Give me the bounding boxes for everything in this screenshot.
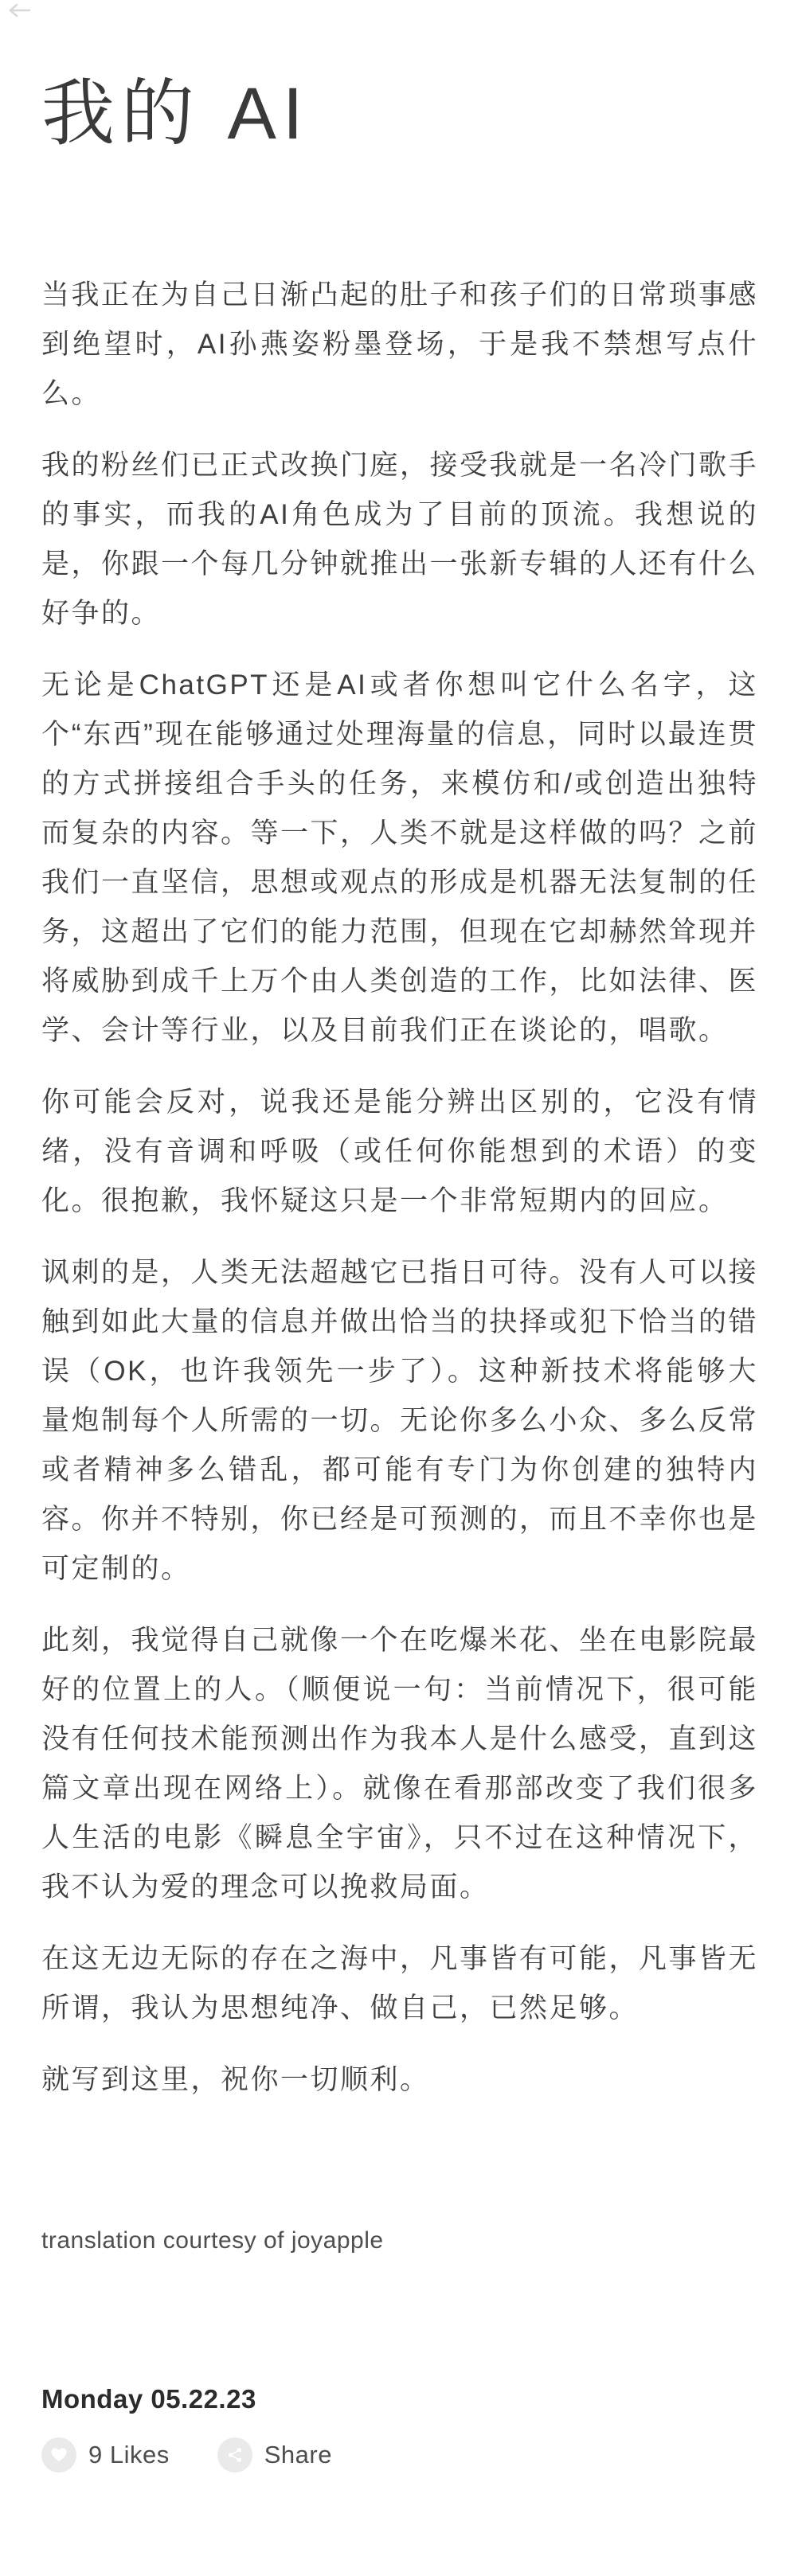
paragraph-8: 就写到这里，祝你一切顺利。 <box>41 2055 758 2105</box>
post-actions: 9 Likes Share <box>41 2437 758 2473</box>
share-button[interactable]: Share <box>217 2437 332 2473</box>
back-arrow-icon <box>8 3 32 21</box>
paragraph-5: 讽刺的是，人类无法超越它已指日可待。没有人可以接触到如此大量的信息并做出恰当的抉… <box>41 1248 758 1594</box>
translation-credit: translation courtesy of joyapple <box>41 2226 758 2256</box>
article-body: 当我正在为自己日渐凸起的肚子和孩子们的日常琐事感到绝望时，AI孙燕姿粉墨登场，于… <box>41 271 758 2105</box>
heart-icon <box>41 2437 76 2473</box>
paragraph-1: 当我正在为自己日渐凸起的肚子和孩子们的日常琐事感到绝望时，AI孙燕姿粉墨登场，于… <box>41 271 758 419</box>
paragraph-6: 此刻，我觉得自己就像一个在吃爆米花、坐在电影院最好的位置上的人。（顺便说一句：当… <box>41 1616 758 1912</box>
share-label: Share <box>264 2441 332 2469</box>
post-date: Monday 05.22.23 <box>41 2383 758 2415</box>
paragraph-3: 无论是ChatGPT还是AI或者你想叫它什么名字，这个“东西”现在能够通过处理海… <box>41 661 758 1056</box>
back-button[interactable] <box>6 3 33 21</box>
paragraph-2: 我的粉丝们已正式改换门庭，接受我就是一名冷门歌手的事实，而我的AI角色成为了目前… <box>41 441 758 638</box>
paragraph-4: 你可能会反对，说我还是能分辨出区别的，它没有情绪，没有音调和呼吸（或任何你能想到… <box>41 1078 758 1226</box>
share-icon <box>217 2437 252 2473</box>
page-title: 我的 AI <box>41 70 758 158</box>
like-count-label: 9 Likes <box>88 2441 170 2469</box>
article-page: 我的 AI 当我正在为自己日渐凸起的肚子和孩子们的日常琐事感到绝望时，AI孙燕姿… <box>0 0 798 2576</box>
paragraph-7: 在这无边无际的存在之海中，凡事皆有可能，凡事皆无所谓，我认为思想纯净、做自己，已… <box>41 1934 758 2033</box>
like-button[interactable]: 9 Likes <box>41 2437 170 2473</box>
